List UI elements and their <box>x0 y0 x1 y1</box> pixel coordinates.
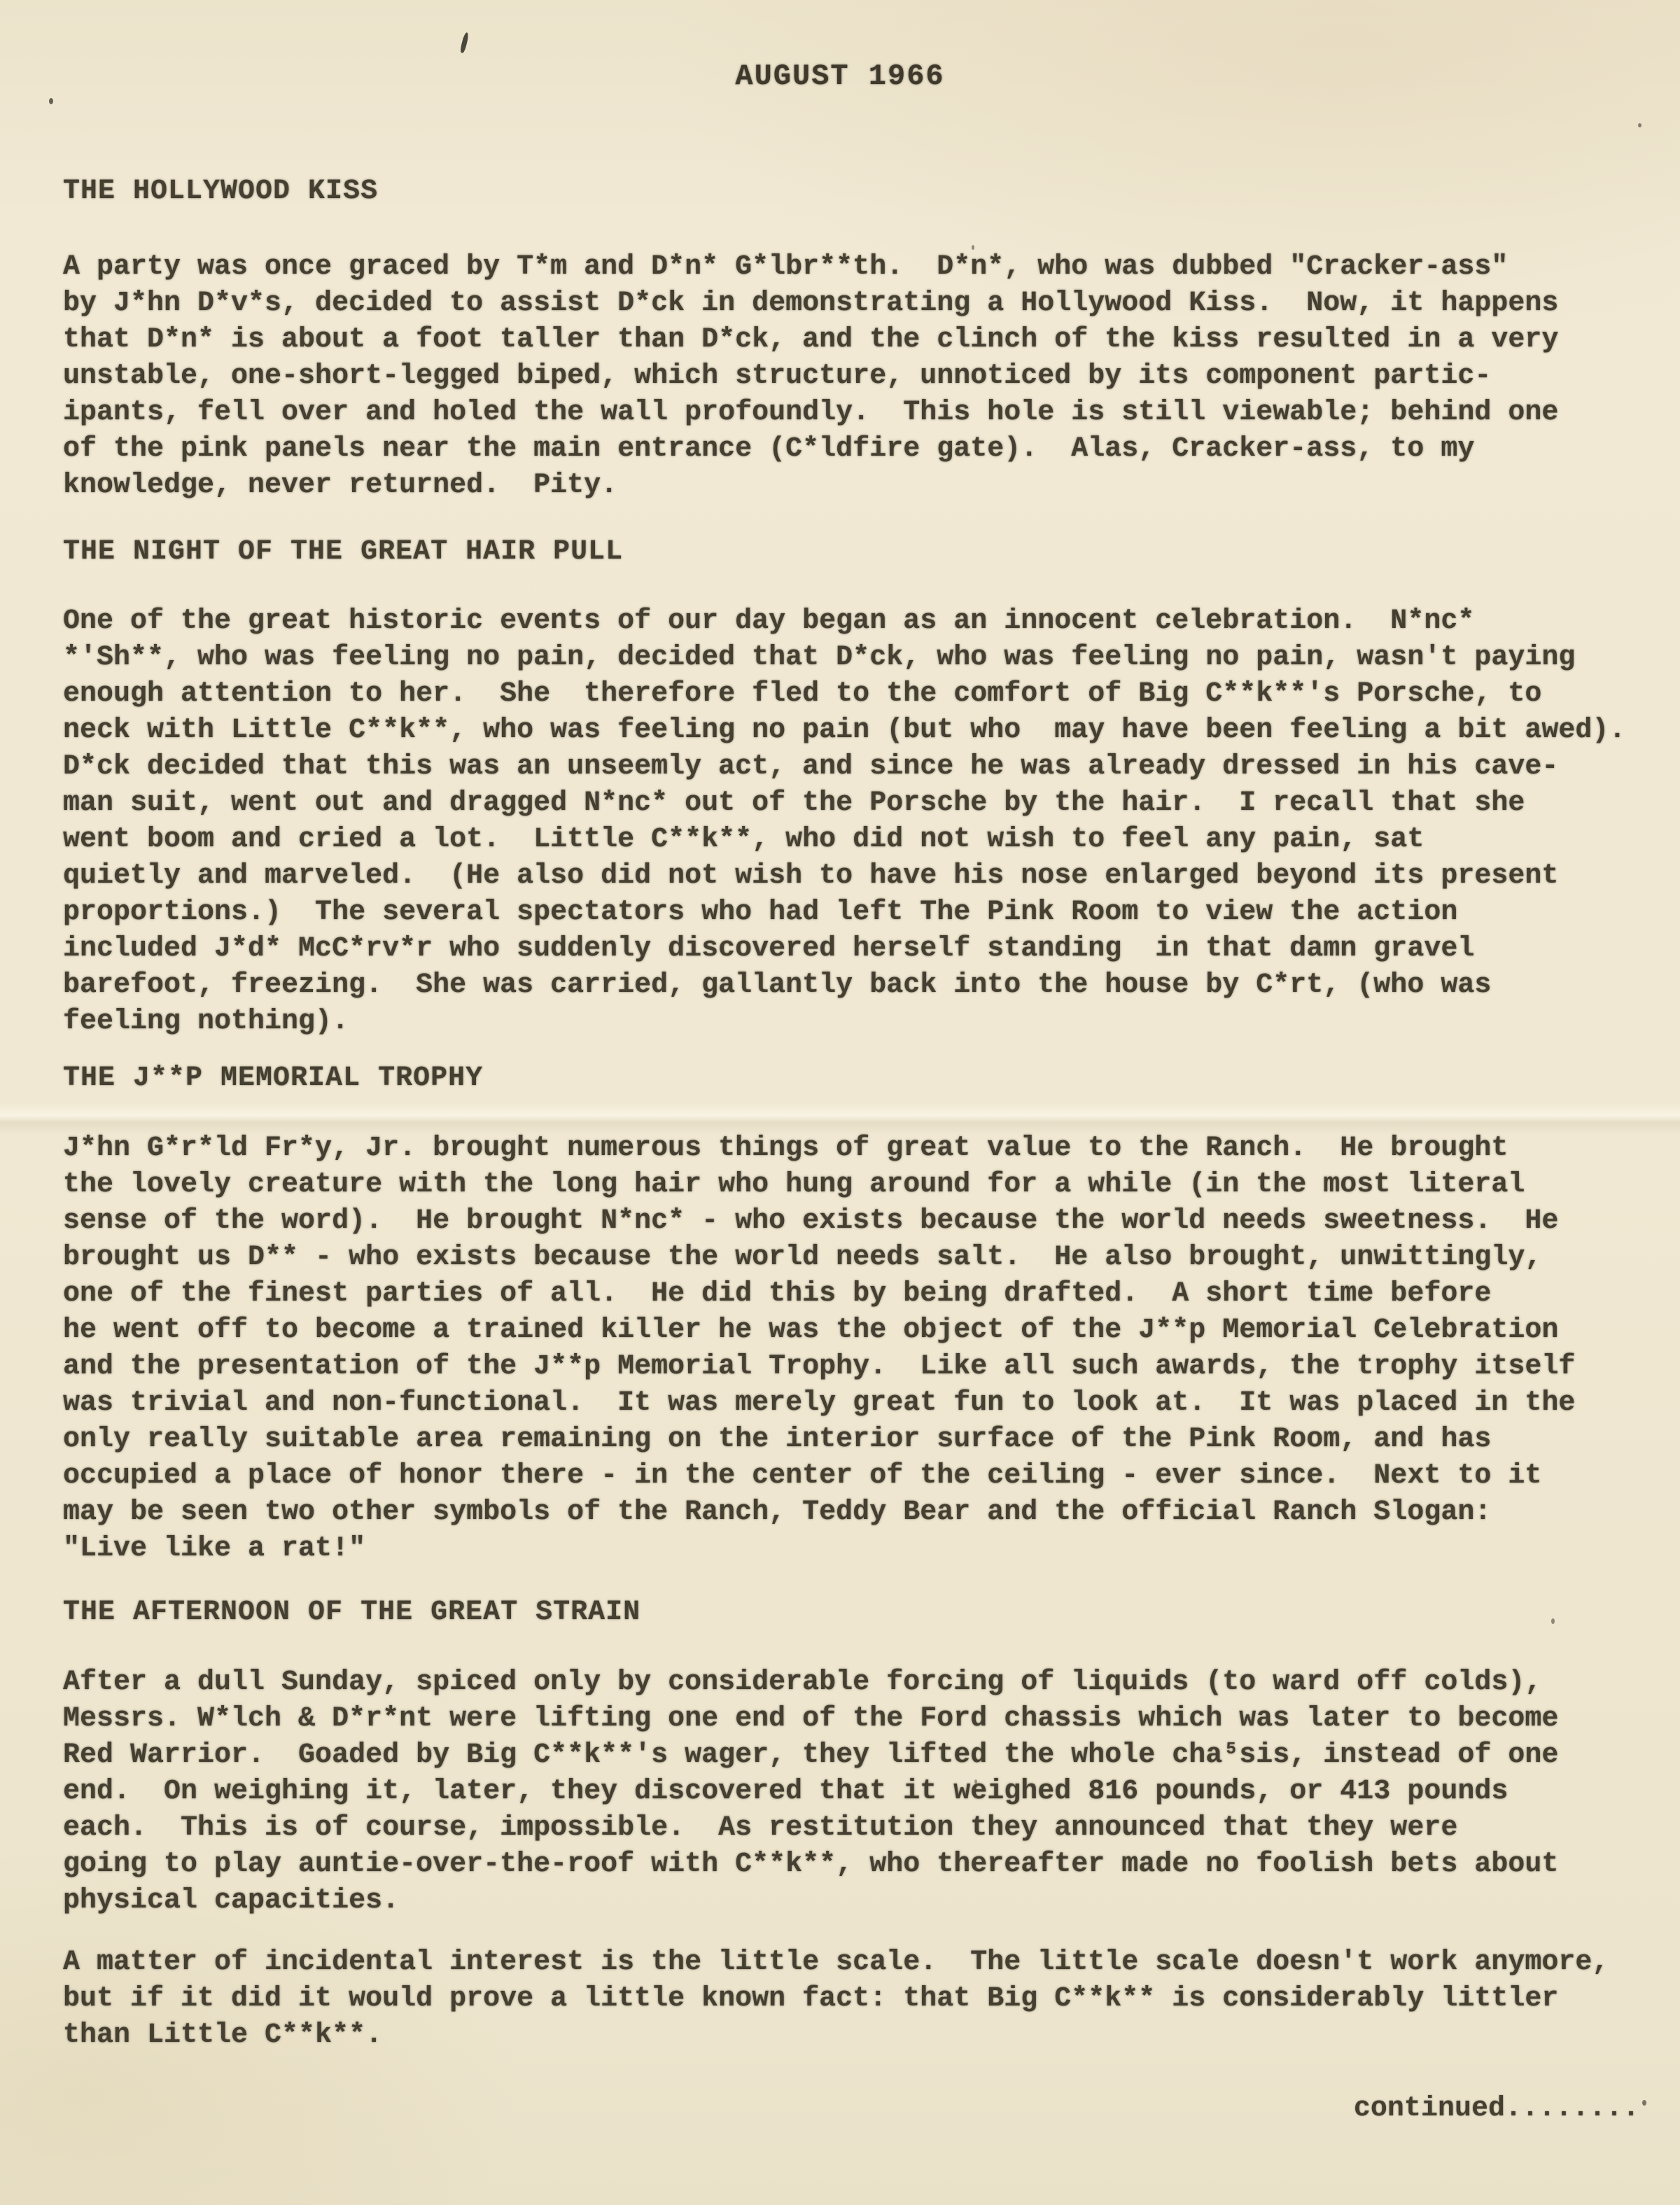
continued-note: continued........ <box>1354 2093 1639 2124</box>
section-heading-great-hair-pull: THE NIGHT OF THE GREAT HAIR PULL <box>63 534 1673 570</box>
paragraph-great-strain-2: A matter of incidental interest is the l… <box>63 1945 1673 2054</box>
paragraph-great-hair-pull: One of the great historic events of our … <box>63 603 1673 1040</box>
section-heading-hollywood-kiss: THE HOLLYWOOD KISS <box>63 174 1673 210</box>
stray-ink-mark <box>459 32 469 54</box>
section-heading-jeep-memorial-trophy: THE J**P MEMORIAL TROPHY <box>63 1060 1673 1097</box>
document-page: AUGUST 1966 THE HOLLYWOOD KISS A party w… <box>0 0 1680 2205</box>
paragraph-hollywood-kiss: A party was once graced by T*m and D*n* … <box>63 249 1673 504</box>
paper-speck <box>1638 123 1641 127</box>
paragraph-great-strain-1: After a dull Sunday, spiced only by cons… <box>63 1665 1673 1919</box>
paper-speck <box>49 98 53 104</box>
section-heading-great-strain: THE AFTERNOON OF THE GREAT STRAIN <box>63 1595 1673 1631</box>
paper-speck <box>1642 2100 1646 2106</box>
paragraph-jeep-memorial-trophy: J*hn G*r*ld Fr*y, Jr. brought numerous t… <box>63 1130 1673 1567</box>
date-heading: AUGUST 1966 <box>0 59 1680 93</box>
